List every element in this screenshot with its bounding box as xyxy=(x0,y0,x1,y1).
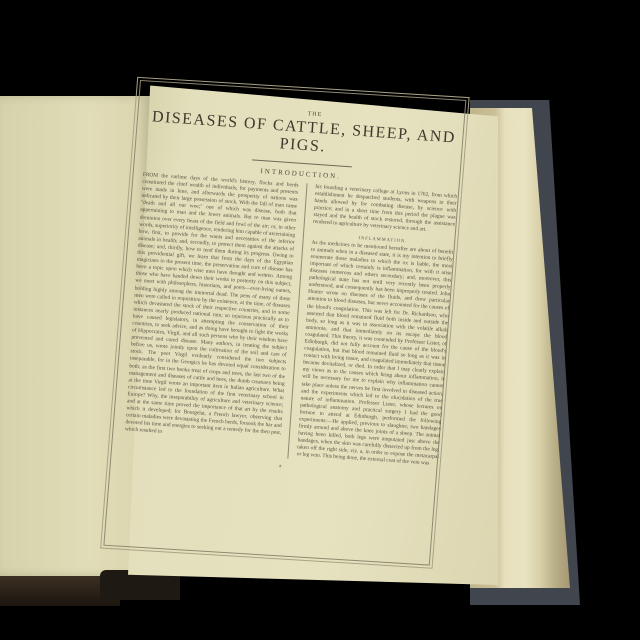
right-column-top-text: his founding a veterinary college at Lyo… xyxy=(313,184,458,236)
title-rule xyxy=(252,159,352,167)
right-column: his founding a veterinary college at Lyo… xyxy=(296,184,457,469)
page-content: THE DISEASES OF CATTLE, SHEEP, AND PIGS.… xyxy=(123,100,462,480)
text-columns: FROM the earliest days of the world's hi… xyxy=(124,172,457,469)
left-column-text: FROM the earliest days of the world's hi… xyxy=(124,172,299,458)
right-column-bottom-text: As the medicines to be mentioned hereaft… xyxy=(296,239,453,468)
book-photo: THE DISEASES OF CATTLE, SHEEP, AND PIGS.… xyxy=(0,0,640,640)
